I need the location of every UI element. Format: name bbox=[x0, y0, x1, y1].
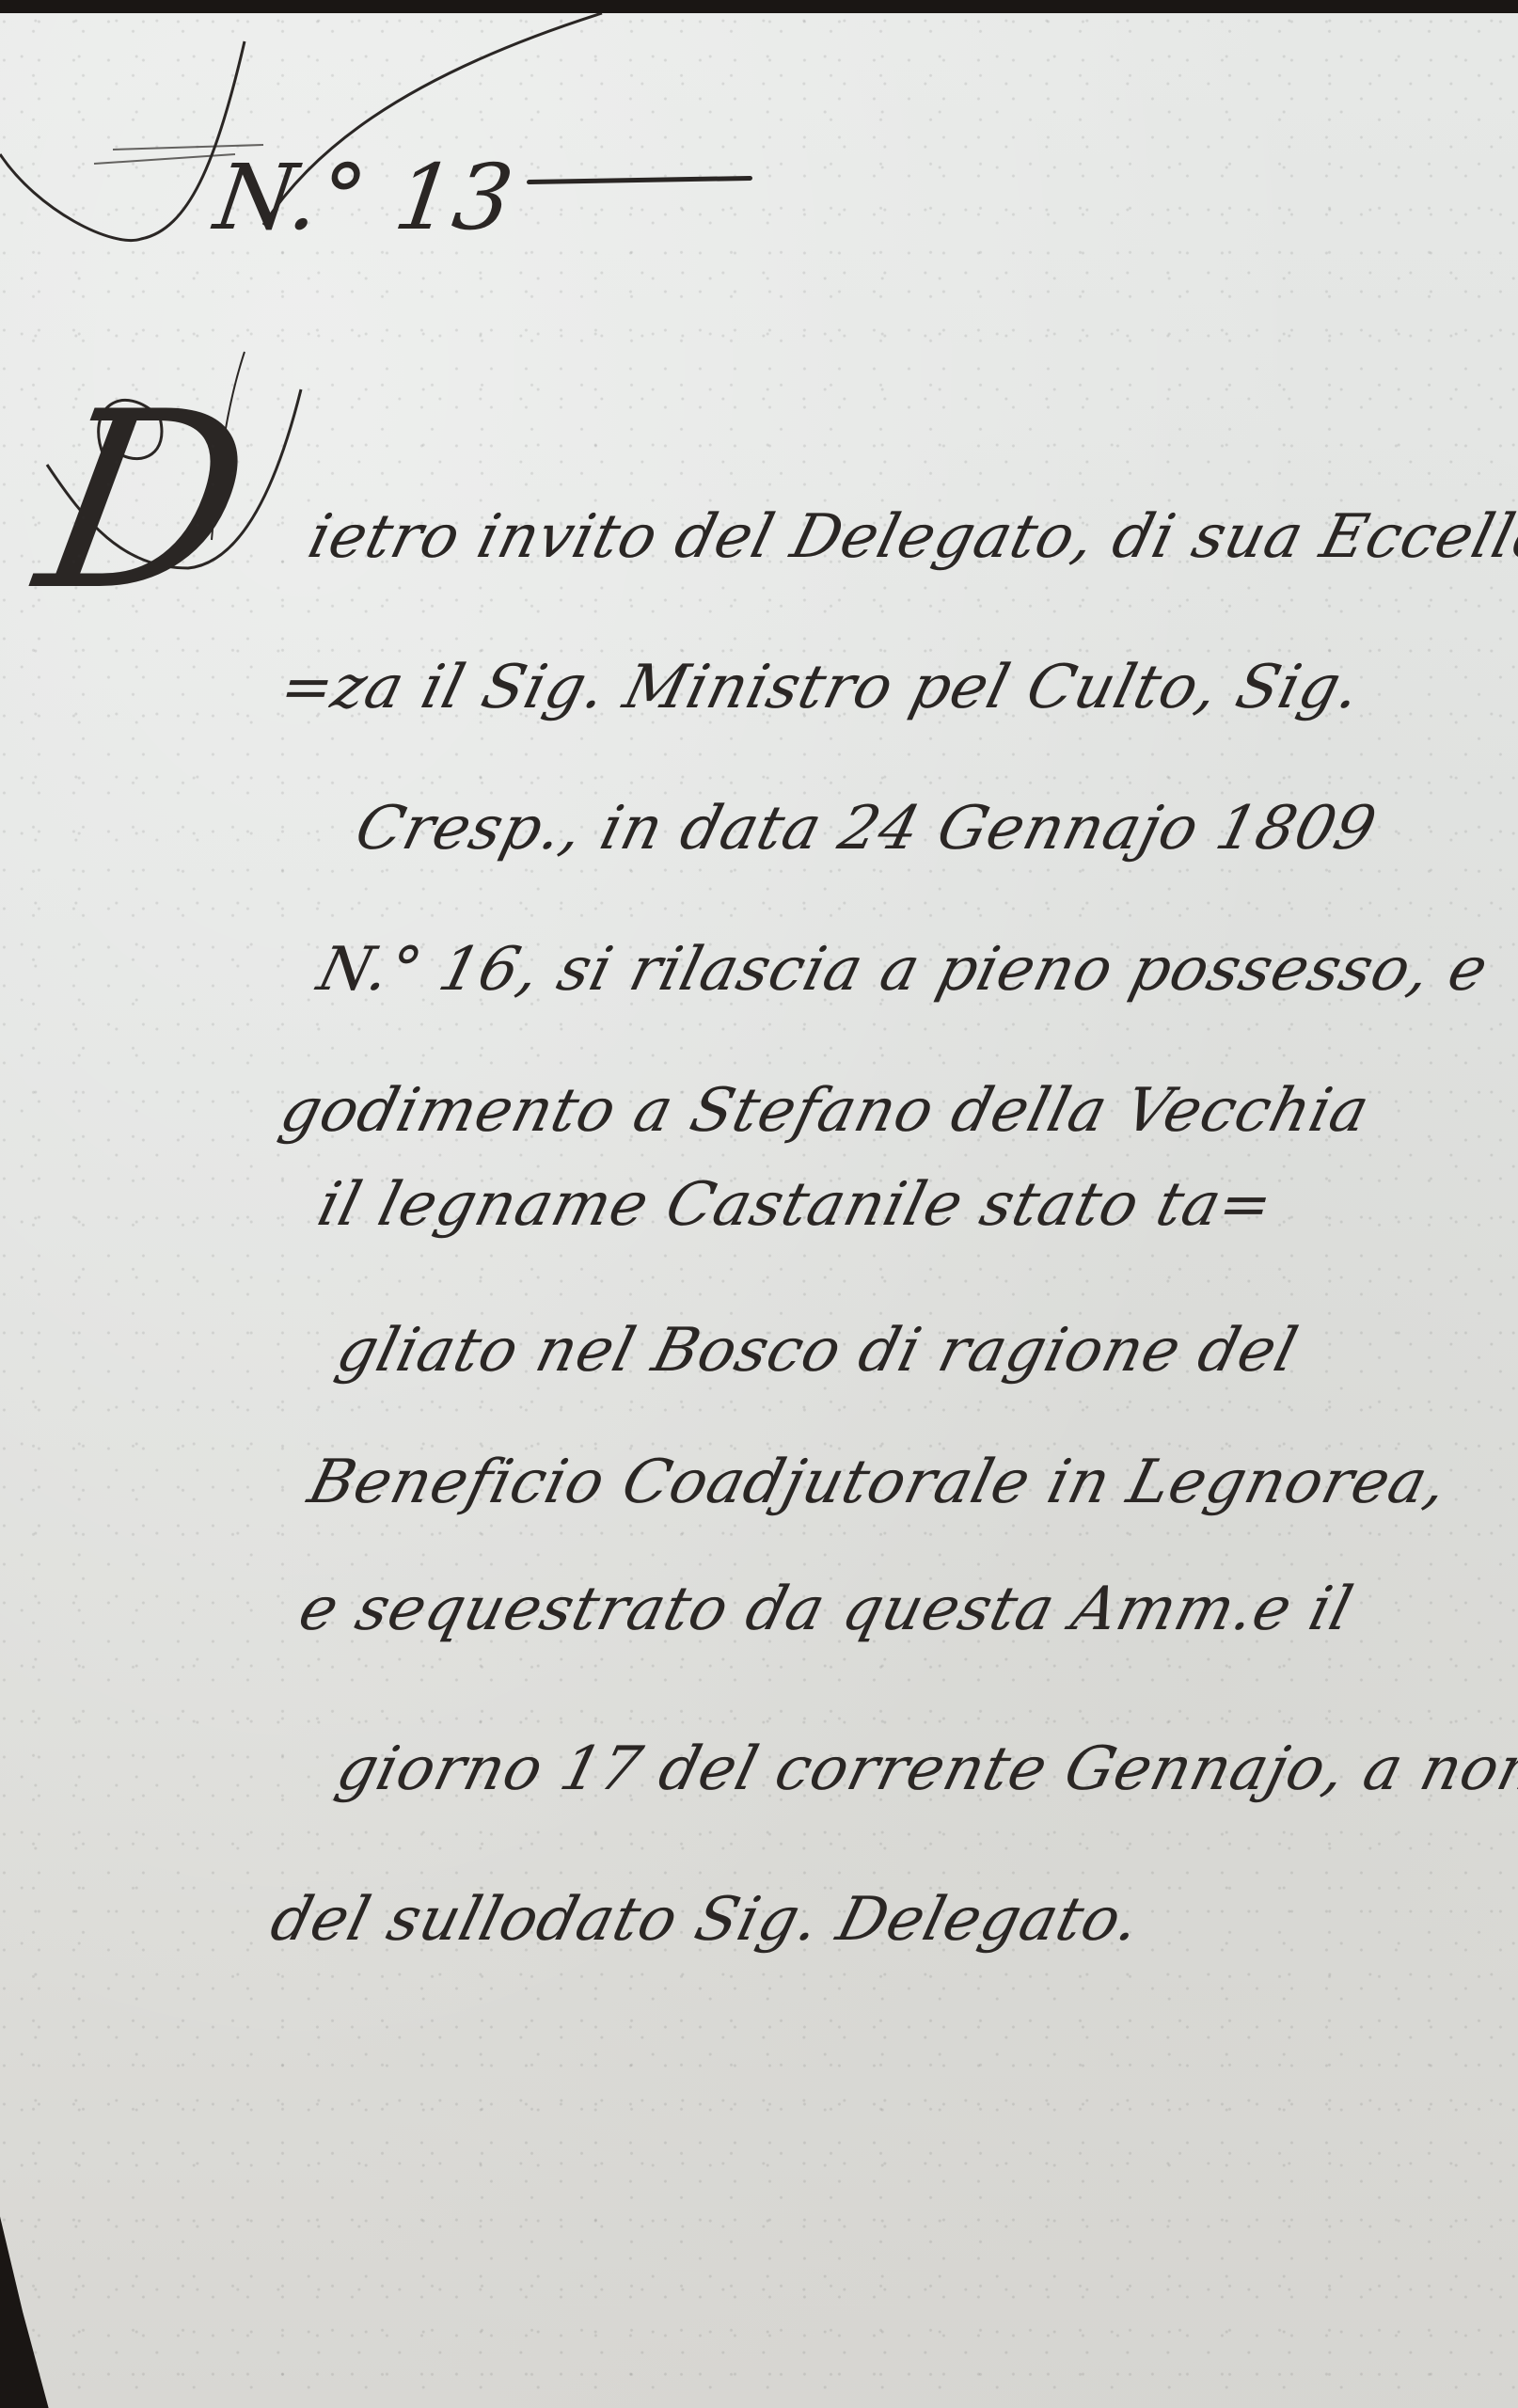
manuscript-page: N.° 13 D ietro invito del Delegato, di s… bbox=[0, 13, 1518, 2408]
text-line-7: gliato nel Bosco di ragione del bbox=[330, 1316, 1305, 1386]
text-line-9: e sequestrato da questa Amm.e il bbox=[293, 1575, 1360, 1644]
text-line-10: giorno 17 del corrente Gennajo, a nome bbox=[330, 1735, 1518, 1804]
drop-cap-letter: D bbox=[25, 380, 264, 625]
text-line-6: il legname Castanile stato ta= bbox=[311, 1170, 1280, 1240]
text-line-3: Cresp., in data 24 Gennajo 1809 bbox=[349, 794, 1384, 863]
text-line-1: ietro invito del Delegato, di sua Eccell… bbox=[302, 502, 1518, 572]
text-line-11: del sullodato Sig. Delegato. bbox=[264, 1885, 1147, 1955]
text-line-4: N.° 16, si rilascia a pieno possesso, e bbox=[311, 935, 1495, 1005]
text-line-8: Beneficio Coadjutorale in Legnorea, bbox=[302, 1448, 1455, 1517]
heading-rule bbox=[527, 176, 752, 184]
text-line-2: =za il Sig. Ministro pel Culto, Sig. bbox=[274, 653, 1368, 722]
text-line-5: godimento a Stefano della Vecchia bbox=[274, 1076, 1377, 1146]
document-number: N.° 13 bbox=[209, 145, 520, 250]
